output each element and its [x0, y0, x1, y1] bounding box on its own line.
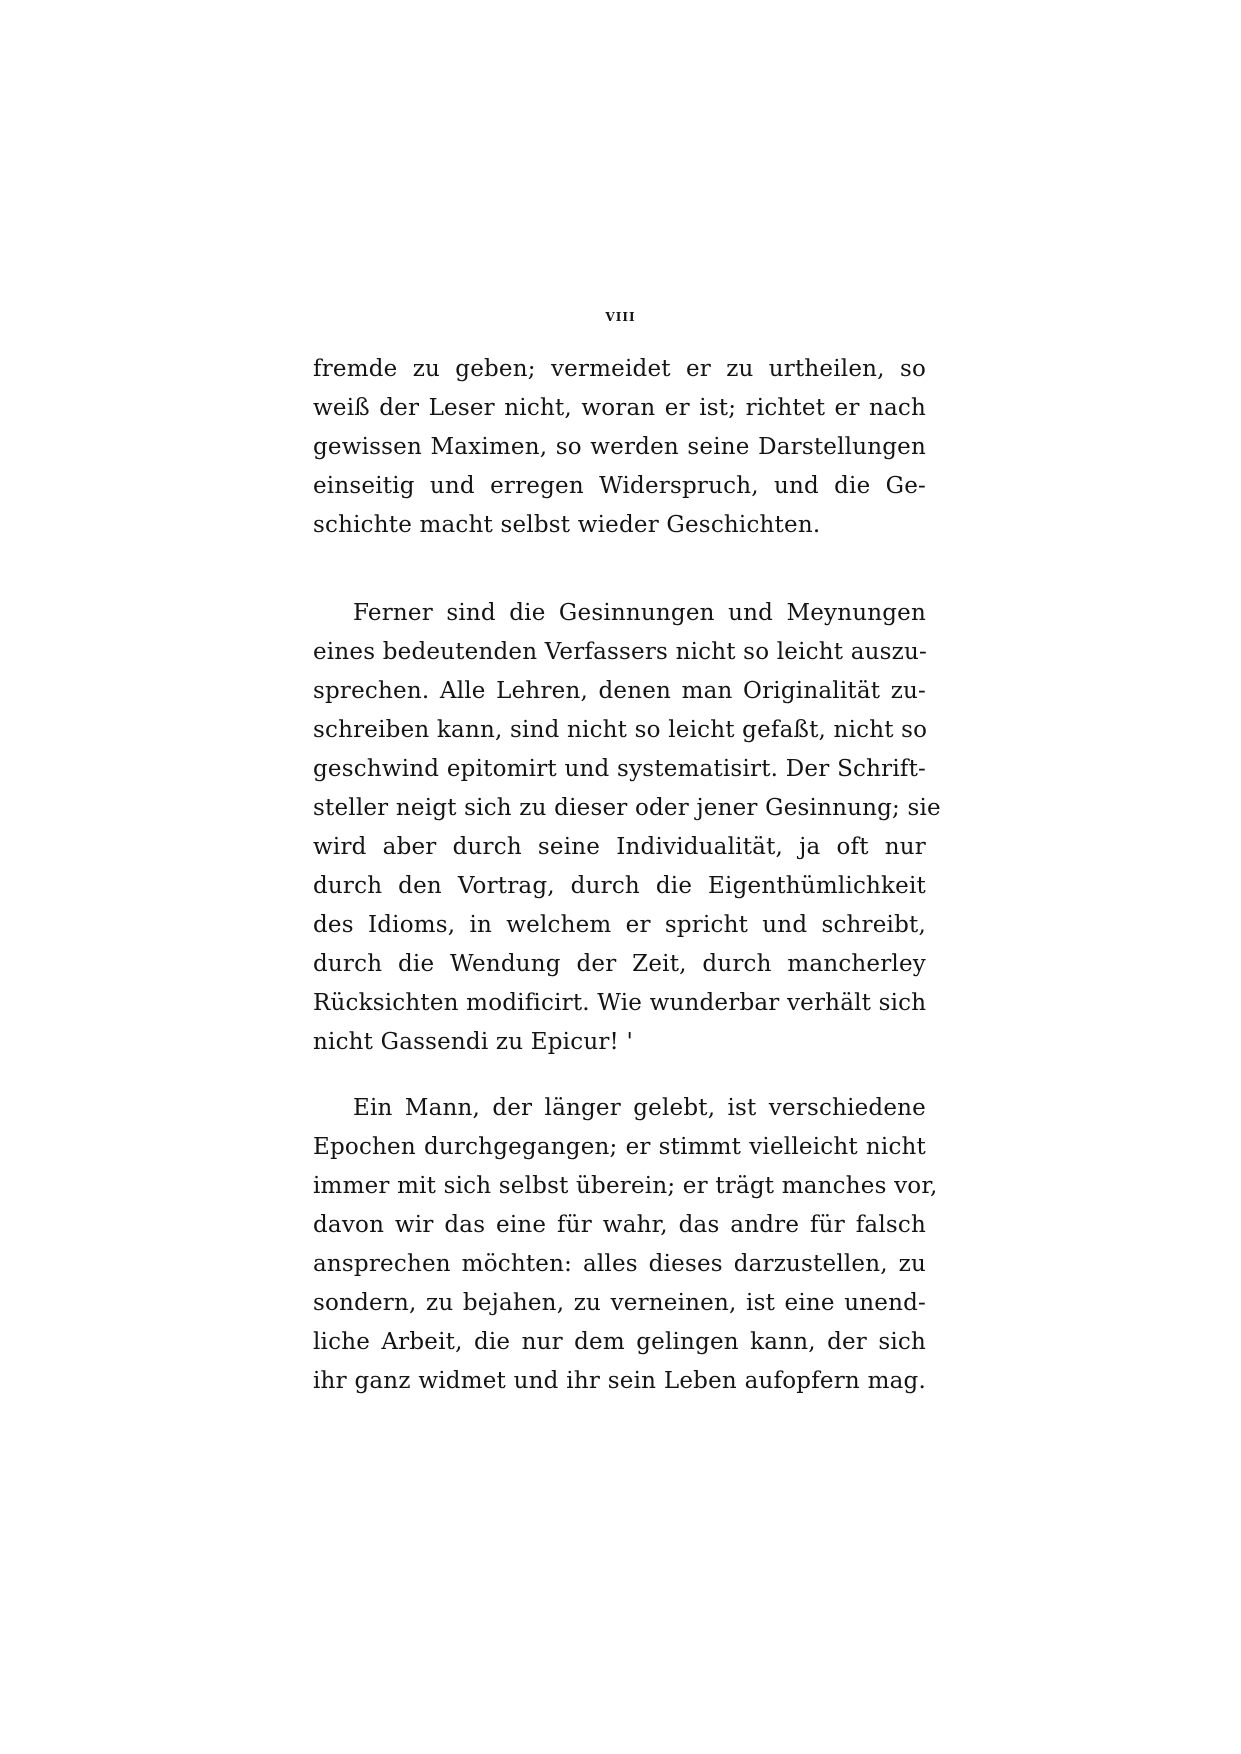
text-line: durch den Vortrag, durch die Eigenthümli…	[313, 867, 926, 906]
text-line: Ferner sind die Gesinnungen und Meynunge…	[313, 594, 926, 633]
text-line: sondern, zu bejahen, zu verneinen, ist e…	[313, 1284, 926, 1323]
paragraph-1: fremde zu geben; vermeidet er zu urtheil…	[313, 350, 926, 545]
text-line: geschwind epitomirt und systematisirt. D…	[313, 750, 926, 789]
text-line: nicht Gassendi zu Epicur! '	[313, 1023, 926, 1062]
text-line: schichte macht selbst wieder Geschichten…	[313, 506, 926, 545]
text-line: wird aber durch seine Individualität, ja…	[313, 828, 926, 867]
text-line: des Idioms, in welchem er spricht und sc…	[313, 906, 926, 945]
text-line: weiß der Leser nicht, woran er ist; rich…	[313, 389, 926, 428]
text-line: Ein Mann, der länger gelebt, ist verschi…	[313, 1089, 926, 1128]
paragraph-3: Ein Mann, der länger gelebt, ist verschi…	[313, 1089, 926, 1401]
text-line: immer mit sich selbst überein; er trägt …	[313, 1167, 926, 1206]
text-line: ansprechen möchten: alles dieses darzust…	[313, 1245, 926, 1284]
text-line: sprechen. Alle Lehren, denen man Origina…	[313, 672, 926, 711]
text-line: durch die Wendung der Zeit, durch manche…	[313, 945, 926, 984]
text-line: gewissen Maximen, so werden seine Darste…	[313, 428, 926, 467]
text-line: fremde zu geben; vermeidet er zu urtheil…	[313, 350, 926, 389]
text-line: davon wir das eine für wahr, das andre f…	[313, 1206, 926, 1245]
text-line: Rücksichten modificirt. Wie wunderbar ve…	[313, 984, 926, 1023]
text-line: liche Arbeit, die nur dem gelingen kann,…	[313, 1323, 926, 1362]
text-line: einseitig und erregen Widerspruch, und d…	[313, 467, 926, 506]
text-line: ihr ganz widmet und ihr sein Leben aufop…	[313, 1362, 926, 1401]
text-line: schreiben kann, sind nicht so leicht gef…	[313, 711, 926, 750]
text-line: eines bedeutenden Verfassers nicht so le…	[313, 633, 926, 672]
paragraph-2: Ferner sind die Gesinnungen und Meynunge…	[313, 594, 926, 1062]
text-line: Epochen durchgegangen; er stimmt viellei…	[313, 1128, 926, 1167]
text-line: steller neigt sich zu dieser oder jener …	[313, 789, 926, 828]
page-number: VIII	[0, 306, 1241, 326]
